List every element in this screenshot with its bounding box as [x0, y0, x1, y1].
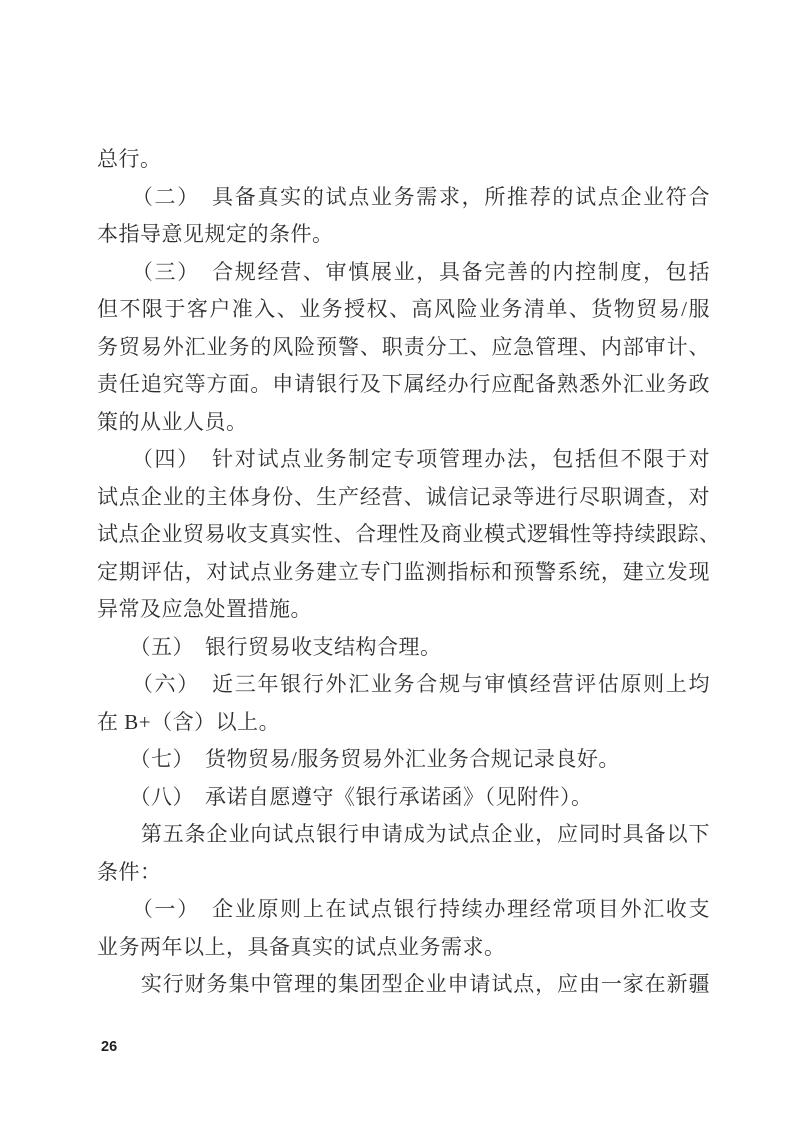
text-line: （四） 针对试点业务制定专项管理办法，包括但不限于对: [97, 441, 710, 479]
text-line: 责任追究等方面。申请银行及下属经办行应配备熟悉外汇业务政: [97, 366, 710, 404]
text-line: （二） 具备真实的试点业务需求，所推荐的试点企业符合: [97, 179, 710, 217]
text-line: （六） 近三年银行外汇业务合规与审慎经营评估原则上均: [97, 666, 710, 704]
paragraph: （五） 银行贸易收支结构合理。: [97, 629, 710, 667]
text-line: 试点企业贸易收支真实性、合理性及商业模式逻辑性等持续跟踪、: [97, 516, 710, 554]
text-line: 条件：: [97, 854, 710, 892]
text-line: （三） 合规经营、审慎展业，具备完善的内控制度，包括: [97, 254, 710, 292]
text-line: 总行。: [97, 141, 710, 179]
paragraph: （一） 企业原则上在试点银行持续办理经常项目外汇收支业务两年以上，具备真实的试点…: [97, 891, 710, 966]
paragraph: （四） 针对试点业务制定专项管理办法，包括但不限于对试点企业的主体身份、生产经营…: [97, 441, 710, 629]
text-line: 策的从业人员。: [97, 404, 710, 442]
paragraph: （六） 近三年银行外汇业务合规与审慎经营评估原则上均在 B+（含）以上。: [97, 666, 710, 741]
text-line: 务贸易外汇业务的风险预警、职责分工、应急管理、内部审计、: [97, 329, 710, 367]
paragraph: （三） 合规经营、审慎展业，具备完善的内控制度，包括但不限于客户准入、业务授权、…: [97, 254, 710, 442]
text-line: （一） 企业原则上在试点银行持续办理经常项目外汇收支: [97, 891, 710, 929]
document-body: 总行。 （二） 具备真实的试点业务需求，所推荐的试点企业符合本指导意见规定的条件…: [97, 141, 710, 1004]
paragraph: 总行。: [97, 141, 710, 179]
text-line: 第五条企业向试点银行申请成为试点企业，应同时具备以下: [97, 816, 710, 854]
text-line: 但不限于客户准入、业务授权、高风险业务清单、货物贸易/服: [97, 291, 710, 329]
text-line: （五） 银行贸易收支结构合理。: [97, 629, 710, 667]
text-line: 试点企业的主体身份、生产经营、诚信记录等进行尽职调查，对: [97, 479, 710, 517]
document-page: 总行。 （二） 具备真实的试点业务需求，所推荐的试点企业符合本指导意见规定的条件…: [0, 0, 793, 1122]
text-line: 本指导意见规定的条件。: [97, 216, 710, 254]
page-footer: 26: [101, 1036, 301, 1058]
text-line: 在 B+（含）以上。: [97, 704, 710, 742]
text-line: 业务两年以上，具备真实的试点业务需求。: [97, 929, 710, 967]
text-line: 定期评估，对试点业务建立专门监测指标和预警系统，建立发现: [97, 554, 710, 592]
text-line: （八） 承诺自愿遵守《银行承诺函》（见附件）。: [97, 779, 710, 817]
paragraph: （八） 承诺自愿遵守《银行承诺函》（见附件）。: [97, 779, 710, 817]
paragraph: （二） 具备真实的试点业务需求，所推荐的试点企业符合本指导意见规定的条件。: [97, 179, 710, 254]
text-line: （七） 货物贸易/服务贸易外汇业务合规记录良好。: [97, 741, 710, 779]
paragraph: 实行财务集中管理的集团型企业申请试点，应由一家在新疆: [97, 966, 710, 1004]
paragraph: （七） 货物贸易/服务贸易外汇业务合规记录良好。: [97, 741, 710, 779]
text-line: 实行财务集中管理的集团型企业申请试点，应由一家在新疆: [97, 966, 710, 1004]
page-number: 26: [101, 1039, 117, 1055]
paragraph: 第五条企业向试点银行申请成为试点企业，应同时具备以下条件：: [97, 816, 710, 891]
text-line: 异常及应急处置措施。: [97, 591, 710, 629]
